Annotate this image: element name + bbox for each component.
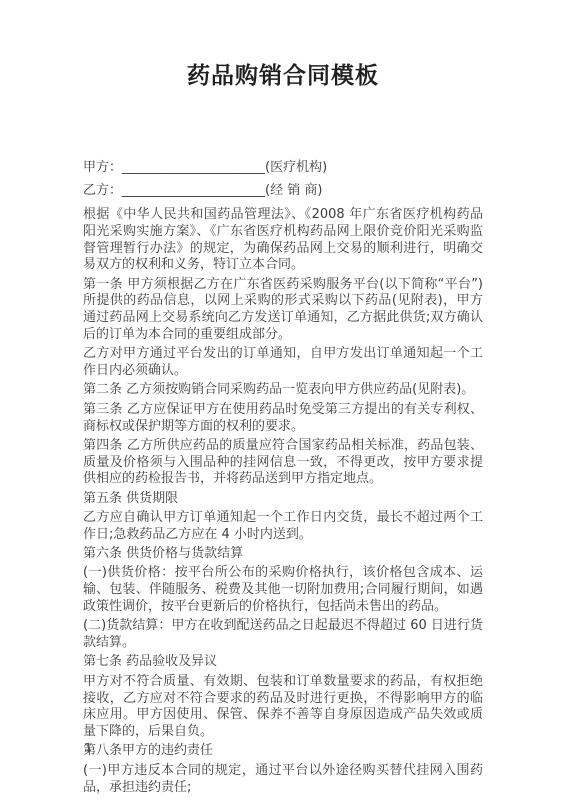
preamble-paragraph: 根据《中华人民共和国药品管理法》、《2008 年广东省医疗机构药品阳光采购实施方… — [83, 207, 483, 274]
party-b-label: 乙方： — [83, 183, 122, 198]
clause-8-heading: 第八条甲方的违约责任 — [83, 743, 483, 760]
party-a-blank-field: ______________________ — [122, 160, 265, 175]
clause-7-heading: 第七条 药品验收及异议 — [83, 654, 483, 671]
document-content: 药品购销合同模板 甲方：______________________(医疗机构)… — [0, 0, 566, 796]
clause-6-item-2-paragraph: (二)货款结算：甲方在收到配送药品之日起最迟不得超过 60 日进行货款结算。 — [83, 618, 483, 652]
document-title: 药品购销合同模板 — [83, 62, 483, 90]
party-a-role: (医疗机构) — [265, 160, 327, 175]
party-a-label: 甲方： — [83, 160, 122, 175]
clause-5-body-paragraph: 乙方应自确认甲方订单通知起一个工作日内交货，最长不超过两个工作日;急救药品乙方应… — [83, 510, 483, 544]
clause-4-paragraph: 第四条 乙方所供应药品的质量应符合国家药品相关标准，药品包装、质量及价格须与入围… — [83, 438, 483, 488]
clause-6-item-1-paragraph: (一)供货价格：按平台所公布的采购价格执行，该价格包含成本、运输、包装、伴随服务… — [83, 565, 483, 615]
contract-body: 根据《中华人民共和国药品管理法》、《2008 年广东省医疗机构药品阳光采购实施方… — [83, 207, 483, 796]
clause-1-confirm-paragraph: 乙方对甲方通过平台发出的订单通知，自甲方发出订单通知起一个工作日内必须确认。 — [83, 346, 483, 380]
clause-7-body-paragraph: 甲方对不符合质量、有效期、包装和订单数量要求的药品，有权拒绝接收，乙方应对不符合… — [83, 674, 483, 741]
clause-6-heading: 第六条 供货价格与货款结算 — [83, 546, 483, 563]
parties-section: 甲方：______________________(医疗机构) 乙方：_____… — [83, 156, 483, 202]
clause-3-paragraph: 第三条 乙方应保证甲方在使用药品时免受第三方提出的有关专利权、商标权或保护期等方… — [83, 402, 483, 436]
party-a-line: 甲方：______________________(医疗机构) — [83, 156, 483, 179]
party-b-blank-field: ______________________ — [122, 183, 265, 198]
party-b-role: (经 销 商) — [265, 183, 322, 198]
document-page: 药品购销合同模板 甲方：______________________(医疗机构)… — [0, 0, 566, 800]
page-number: 1 — [85, 741, 92, 754]
clause-1-paragraph: 第一条 甲方须根据乙方在广东省医药采购服务平台(以下简称“平台”)所提供的药品信… — [83, 277, 483, 344]
clause-2-paragraph: 第二条 乙方须按购销合同采购药品一览表向甲方供应药品(见附表)。 — [83, 382, 483, 399]
clause-8-item-1-paragraph: (一)甲方违反本合同的规定，通过平台以外途径购买替代挂网入围药品，承担违约责任; — [83, 763, 483, 797]
party-b-line: 乙方：______________________(经 销 商) — [83, 179, 483, 202]
clause-5-heading: 第五条 供货期限 — [83, 491, 483, 508]
